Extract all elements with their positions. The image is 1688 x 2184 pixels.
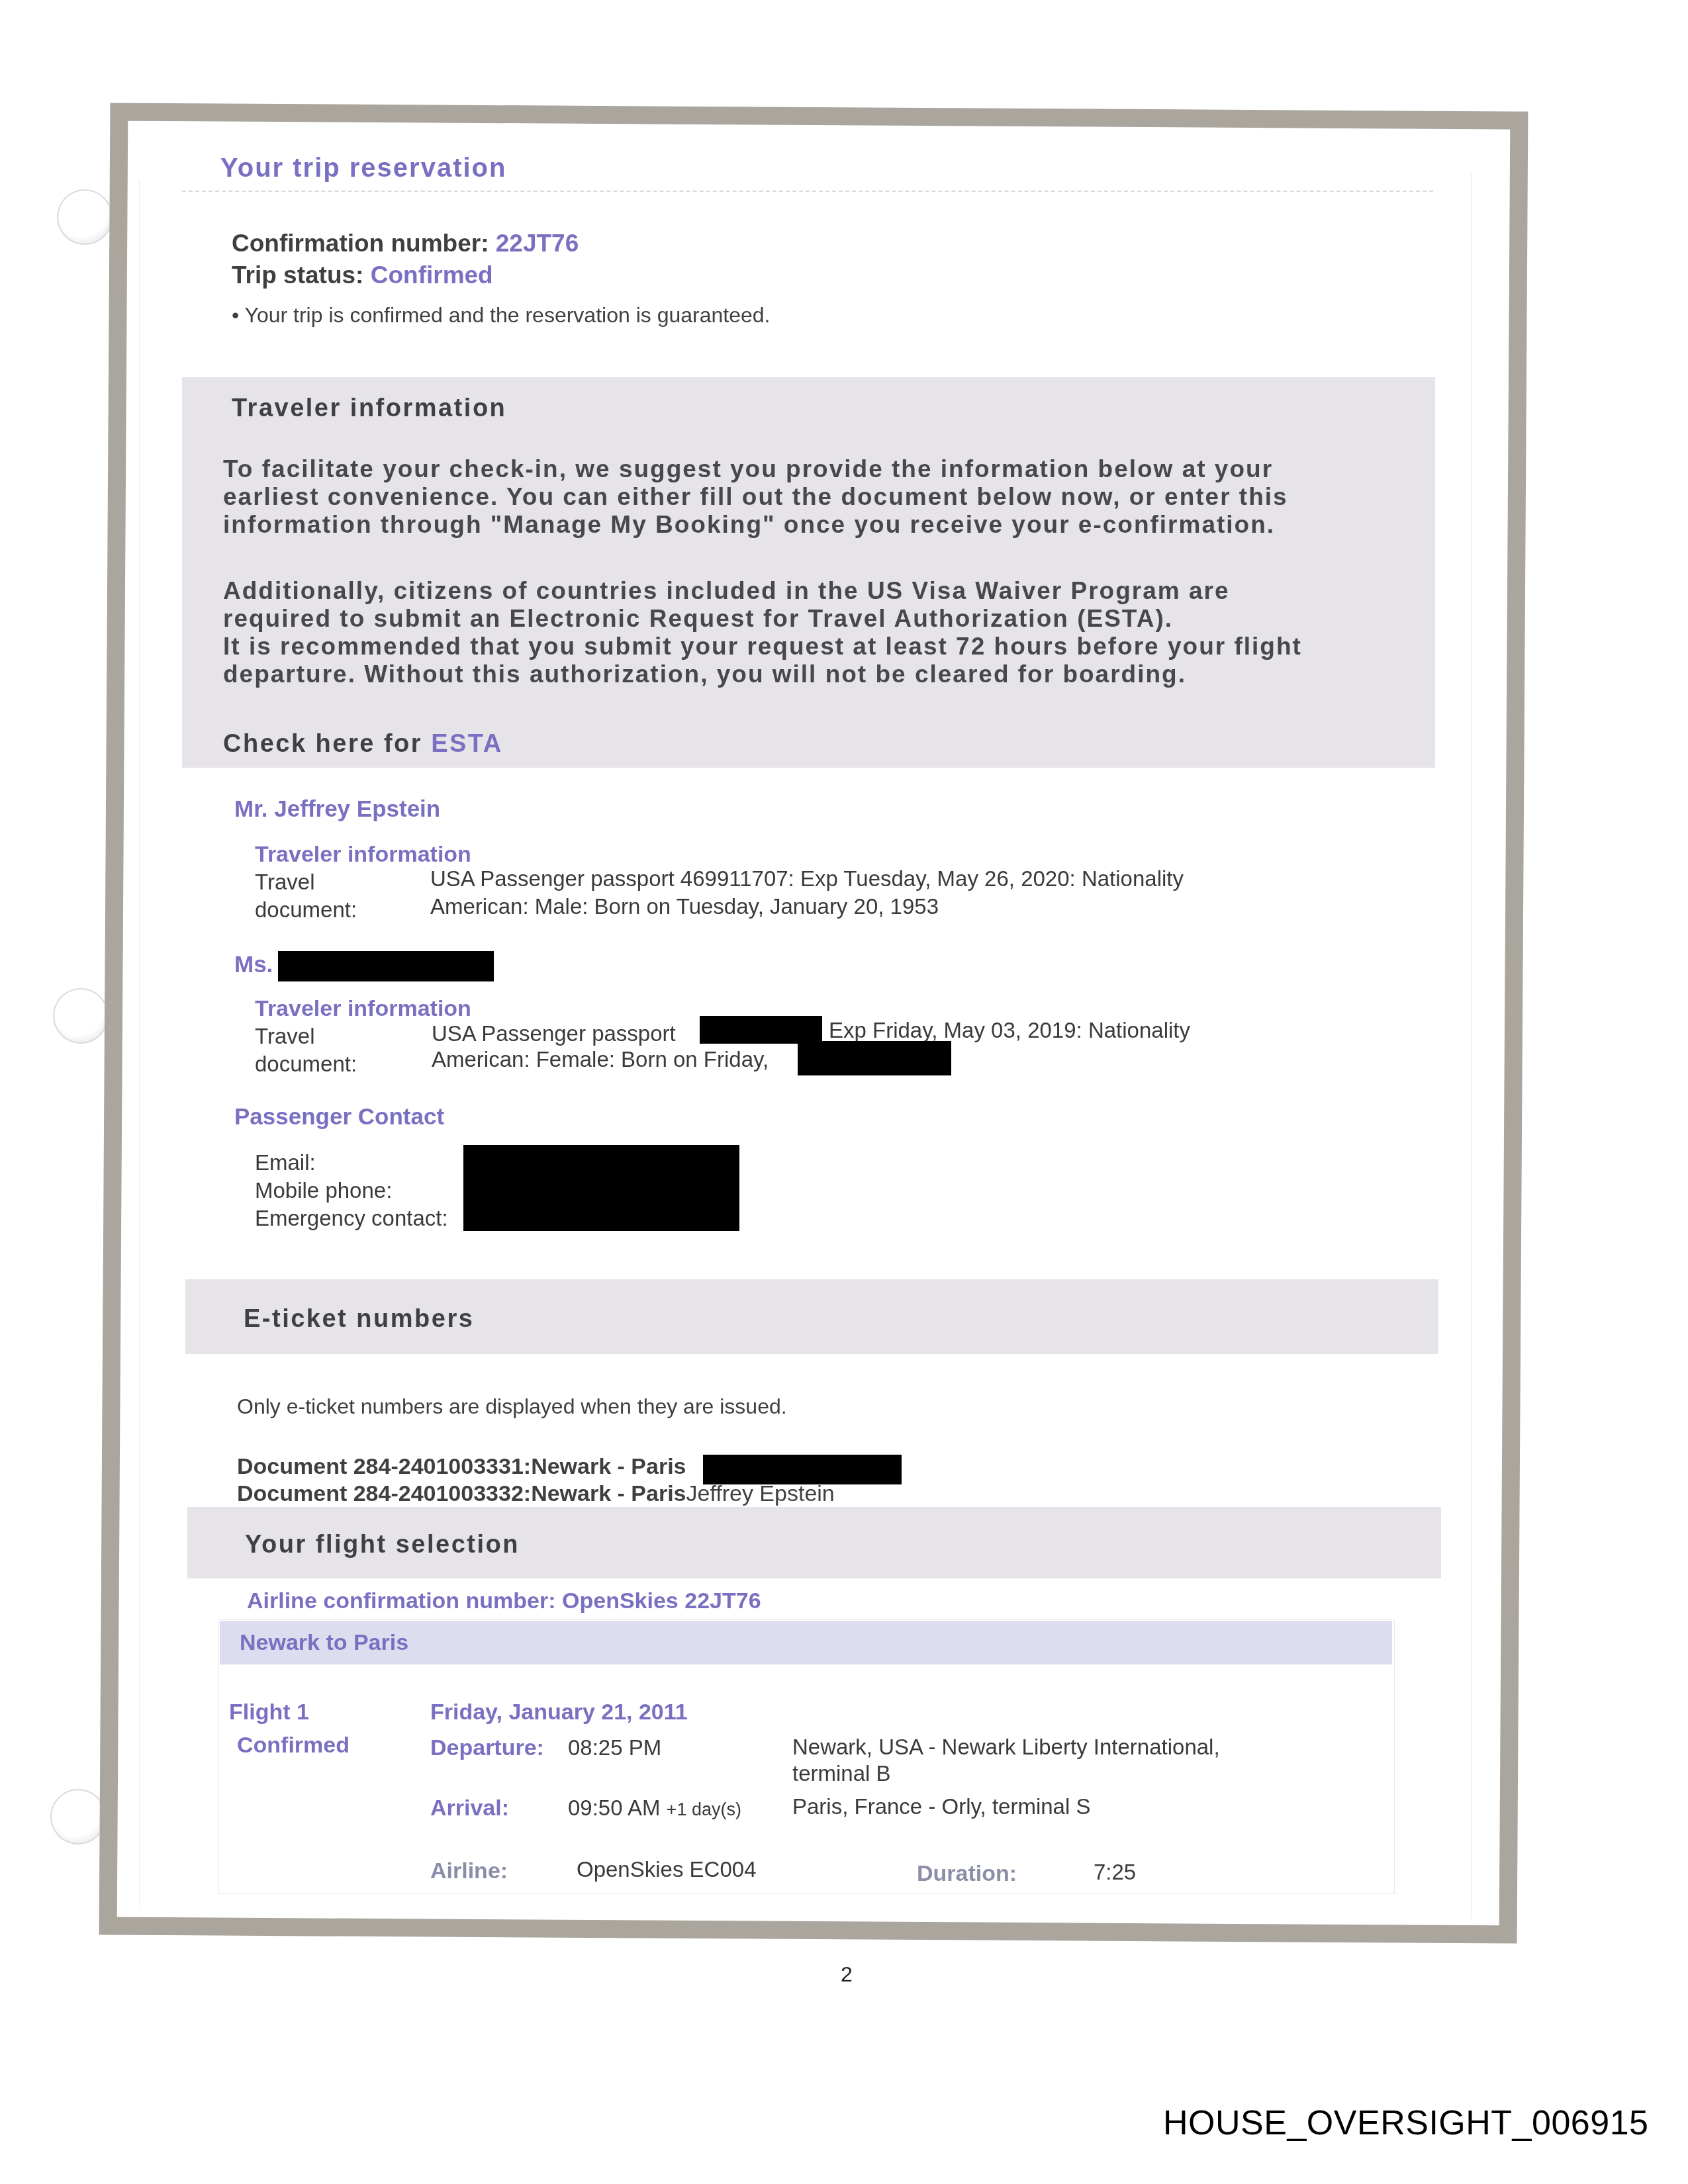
route-title: Newark to Paris [240, 1630, 408, 1656]
redaction-contact-details [463, 1145, 739, 1231]
esta-line: required to submit an Electronic Request… [223, 605, 1302, 633]
checkin-line: To facilitate your check-in, we suggest … [223, 455, 1288, 483]
flight-selection-heading: Your flight selection [245, 1531, 520, 1559]
eticket-heading: E-ticket numbers [244, 1305, 474, 1334]
trip-status-value: Confirmed [371, 261, 493, 289]
departure-location: Newark, USA - Newark Liberty Internation… [792, 1734, 1220, 1787]
checkin-line: information through "Manage My Booking" … [223, 511, 1288, 539]
redaction-traveler-2-passport [700, 1016, 822, 1044]
binder-hole-bottom [50, 1789, 106, 1844]
redaction-eticket-passenger [703, 1455, 902, 1484]
arrival-time: 09:50 AM +1 day(s) [568, 1796, 741, 1821]
trip-status-label: Trip status: [232, 261, 363, 289]
binder-hole-middle [53, 988, 109, 1044]
arrival-location: Paris, France - Orly, terminal S [792, 1794, 1090, 1819]
confirmation-number: Confirmation number: 22JT76 [232, 230, 579, 257]
inner-margin-guide [139, 179, 140, 1906]
binder-hole-top [57, 189, 113, 245]
airline-label: Airline: [430, 1858, 508, 1884]
inner-margin-guide-right [1471, 172, 1472, 1919]
esta-check: Check here for ESTA [223, 730, 503, 758]
traveler-info-box [182, 377, 1435, 768]
traveler-2-doc-value-line1-prefix: USA Passenger passport [432, 1021, 676, 1046]
traveler-info-heading: Traveler information [232, 394, 506, 423]
traveler-1-doc-value: USA Passenger passport 469911707: Exp Tu… [430, 865, 1184, 921]
airline-value: OpenSkies EC004 [577, 1857, 757, 1882]
title-divider [182, 191, 1433, 192]
esta-line: It is recommended that you submit your r… [223, 633, 1302, 660]
bates-number: HOUSE_OVERSIGHT_006915 [1163, 2103, 1649, 2143]
email-label: Email: [255, 1150, 316, 1175]
checkin-line: earliest convenience. You can either fil… [223, 483, 1288, 511]
page-title: Your trip reservation [220, 154, 506, 183]
esta-paragraph: Additionally, citizens of countries incl… [223, 577, 1302, 688]
departure-time: 08:25 PM [568, 1735, 661, 1760]
redaction-traveler-2-birthdate [798, 1041, 951, 1075]
trip-status-note: • Your trip is confirmed and the reserva… [232, 303, 770, 328]
traveler-2-name: Ms. [234, 952, 273, 978]
page-number: 2 [841, 1962, 853, 1987]
duration-label: Duration: [917, 1861, 1017, 1887]
mobile-phone-label: Mobile phone: [255, 1178, 392, 1203]
traveler-2-doc-label: Travel document: [255, 1023, 357, 1078]
passenger-contact-heading: Passenger Contact [234, 1104, 444, 1130]
arrival-label: Arrival: [430, 1796, 509, 1821]
traveler-1-doc-label: Travel document: [255, 868, 357, 924]
traveler-2-doc-value-line1-suffix: Exp Friday, May 03, 2019: Nationality [829, 1018, 1190, 1043]
duration-value: 7:25 [1094, 1860, 1136, 1885]
arrival-day-offset: +1 day(s) [667, 1799, 741, 1819]
airline-confirmation-number: Airline confirmation number: OpenSkies 2… [247, 1588, 761, 1614]
eticket-document-2-passenger: Jeffrey Epstein [686, 1481, 835, 1506]
traveler-2-doc-value-line2: American: Female: Born on Friday, [432, 1047, 769, 1072]
esta-line: Additionally, citizens of countries incl… [223, 577, 1302, 605]
checkin-paragraph: To facilitate your check-in, we suggest … [223, 455, 1288, 539]
traveler-1-name: Mr. Jeffrey Epstein [234, 796, 440, 823]
eticket-document-1: Document 284-2401003331:Newark - Paris [237, 1454, 686, 1480]
eticket-note: Only e-ticket numbers are displayed when… [237, 1394, 787, 1419]
eticket-document-2: Document 284-2401003332:Newark - ParisJe… [237, 1481, 835, 1507]
traveler-1-section-label: Traveler information [255, 842, 471, 868]
esta-prefix: Check here for [223, 730, 422, 758]
emergency-contact-label: Emergency contact: [255, 1206, 448, 1231]
confirmation-value: 22JT76 [496, 230, 579, 257]
flight-1-status: Confirmed [237, 1733, 350, 1758]
esta-link[interactable]: ESTA [431, 730, 503, 758]
flight-1-date: Friday, January 21, 2011 [430, 1700, 688, 1725]
confirmation-label: Confirmation number: [232, 230, 489, 257]
redaction-traveler-2-name [278, 951, 494, 981]
traveler-2-section-label: Traveler information [255, 996, 471, 1022]
trip-status: Trip status: Confirmed [232, 261, 493, 289]
flight-1-label: Flight 1 [229, 1700, 309, 1725]
departure-label: Departure: [430, 1735, 544, 1761]
esta-line: departure. Without this authorization, y… [223, 660, 1302, 688]
